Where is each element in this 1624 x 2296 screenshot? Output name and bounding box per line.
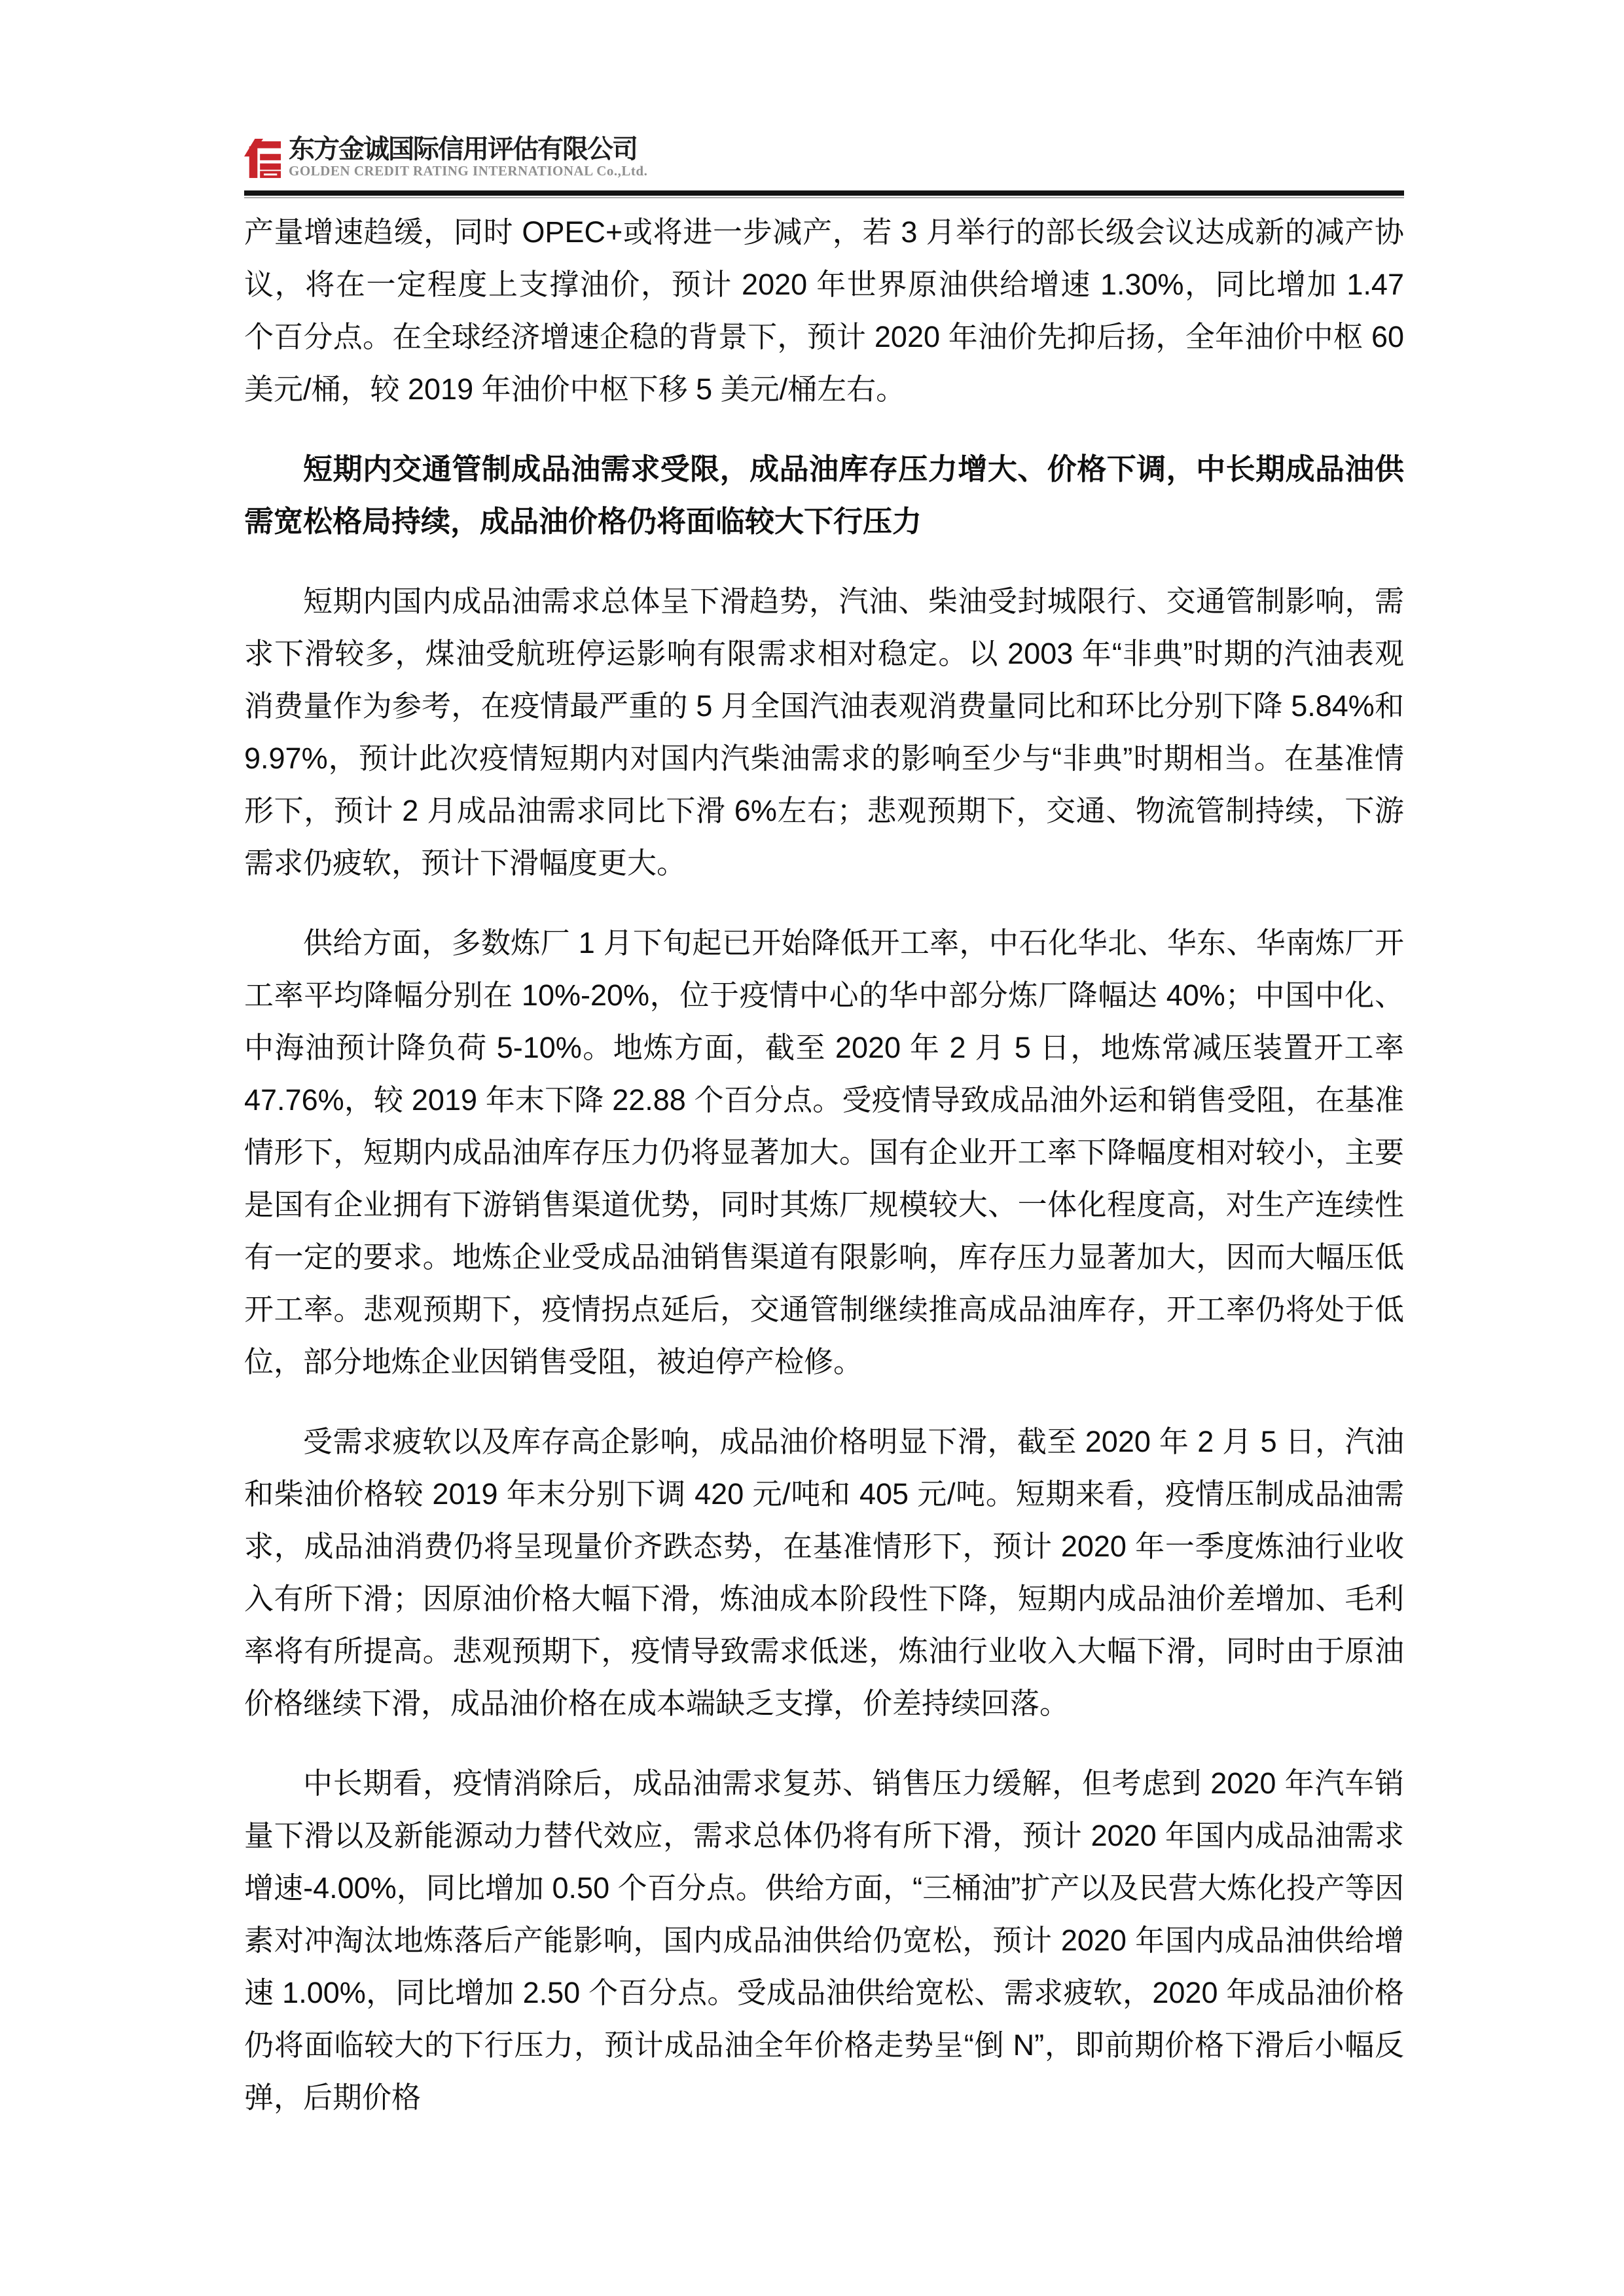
header-divider-thin-line bbox=[244, 197, 1404, 198]
section-heading-refined-oil-outlook: 短期内交通管制成品油需求受限，成品油库存压力增大、价格下调，中长期成品油供需宽松… bbox=[244, 443, 1404, 548]
company-names: 东方金诚国际信用评估有限公司 GOLDEN CREDIT RATING INTE… bbox=[289, 135, 647, 179]
paragraph-shortterm-demand: 短期内国内成品油需求总体呈下滑趋势，汽油、柴油受封城限行、交通管制影响，需求下滑… bbox=[244, 575, 1404, 889]
paragraph-refinery-supply-inventory: 供给方面，多数炼厂 1 月下旬起已开始降低开工率，中石化华北、华东、华南炼厂开工… bbox=[244, 917, 1404, 1388]
company-name-english: GOLDEN CREDIT RATING INTERNATIONAL Co.,L… bbox=[289, 163, 647, 179]
paragraph-crude-oil-price-outlook: 产量增速趋缓，同时 OPEC+或将进一步减产，若 3 月举行的部长级会议达成新的… bbox=[244, 206, 1404, 416]
letterhead: 东方金诚国际信用评估有限公司 GOLDEN CREDIT RATING INTE… bbox=[244, 135, 1404, 184]
credit-logo-icon bbox=[244, 137, 282, 179]
document-page: 东方金诚国际信用评估有限公司 GOLDEN CREDIT RATING INTE… bbox=[0, 0, 1624, 2296]
company-name-chinese: 东方金诚国际信用评估有限公司 bbox=[289, 135, 647, 163]
company-logo: 东方金诚国际信用评估有限公司 GOLDEN CREDIT RATING INTE… bbox=[244, 135, 1404, 179]
header-divider bbox=[244, 190, 1404, 198]
paragraph-midlongterm-outlook: 中长期看，疫情消除后，成品油需求复苏、销售压力缓解，但考虑到 2020 年汽车销… bbox=[244, 1757, 1404, 2124]
report-body: 产量增速趋缓，同时 OPEC+或将进一步减产，若 3 月举行的部长级会议达成新的… bbox=[244, 206, 1404, 2124]
page-content: 东方金诚国际信用评估有限公司 GOLDEN CREDIT RATING INTE… bbox=[244, 135, 1404, 2151]
paragraph-price-decline-margins: 受需求疲软以及库存高企影响，成品油价格明显下滑，截至 2020 年 2 月 5 … bbox=[244, 1416, 1404, 1730]
header-divider-thick-line bbox=[244, 190, 1404, 196]
